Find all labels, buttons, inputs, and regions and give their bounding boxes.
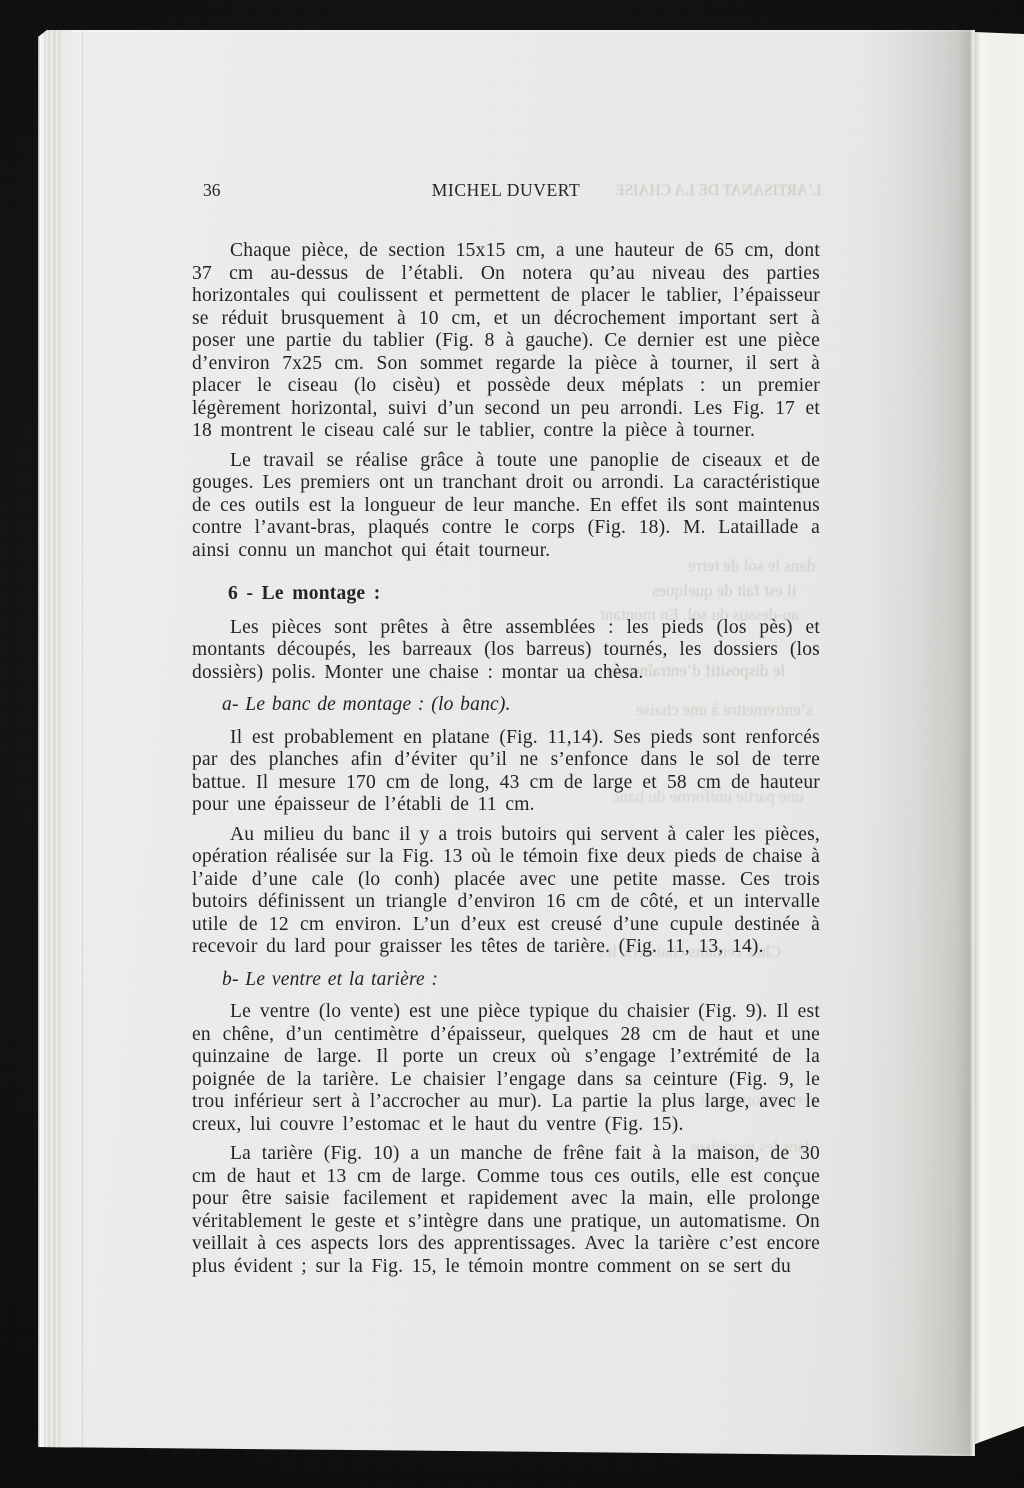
body-text: Chaque pièce, de section 15x15 cm, a une… <box>192 240 820 1285</box>
gutter-shadow <box>865 30 975 1456</box>
page-header: 36 MICHEL DUVERT <box>192 180 820 204</box>
subsection-heading: a- Le banc de montage : (lo banc). <box>192 694 820 717</box>
book-photo: L’ARTISANAT DE LA CHAISEdans le sol de t… <box>0 0 1024 1488</box>
paragraph: Chaque pièce, de section 15x15 cm, a une… <box>192 240 820 443</box>
paragraph: Les pièces sont prêtes à être assemblées… <box>192 617 820 685</box>
paragraph: Il est probablement en platane (Fig. 11,… <box>192 727 820 817</box>
page-stack-edge <box>38 30 72 1456</box>
facing-page-edge <box>975 32 1024 1444</box>
paragraph: Le travail se réalise grâce à toute une … <box>192 450 820 563</box>
paragraph: La tarière (Fig. 10) a un manche de frên… <box>192 1143 820 1278</box>
running-header: MICHEL DUVERT <box>192 180 820 201</box>
page-edge-line <box>82 30 83 1456</box>
paragraph: Au milieu du banc il y a trois butoirs q… <box>192 824 820 959</box>
section-heading: 6 - Le montage : <box>192 583 820 606</box>
paragraph: Le ventre (lo vente) est une pièce typiq… <box>192 1001 820 1136</box>
subsection-heading: b- Le ventre et la tarière : <box>192 969 820 992</box>
